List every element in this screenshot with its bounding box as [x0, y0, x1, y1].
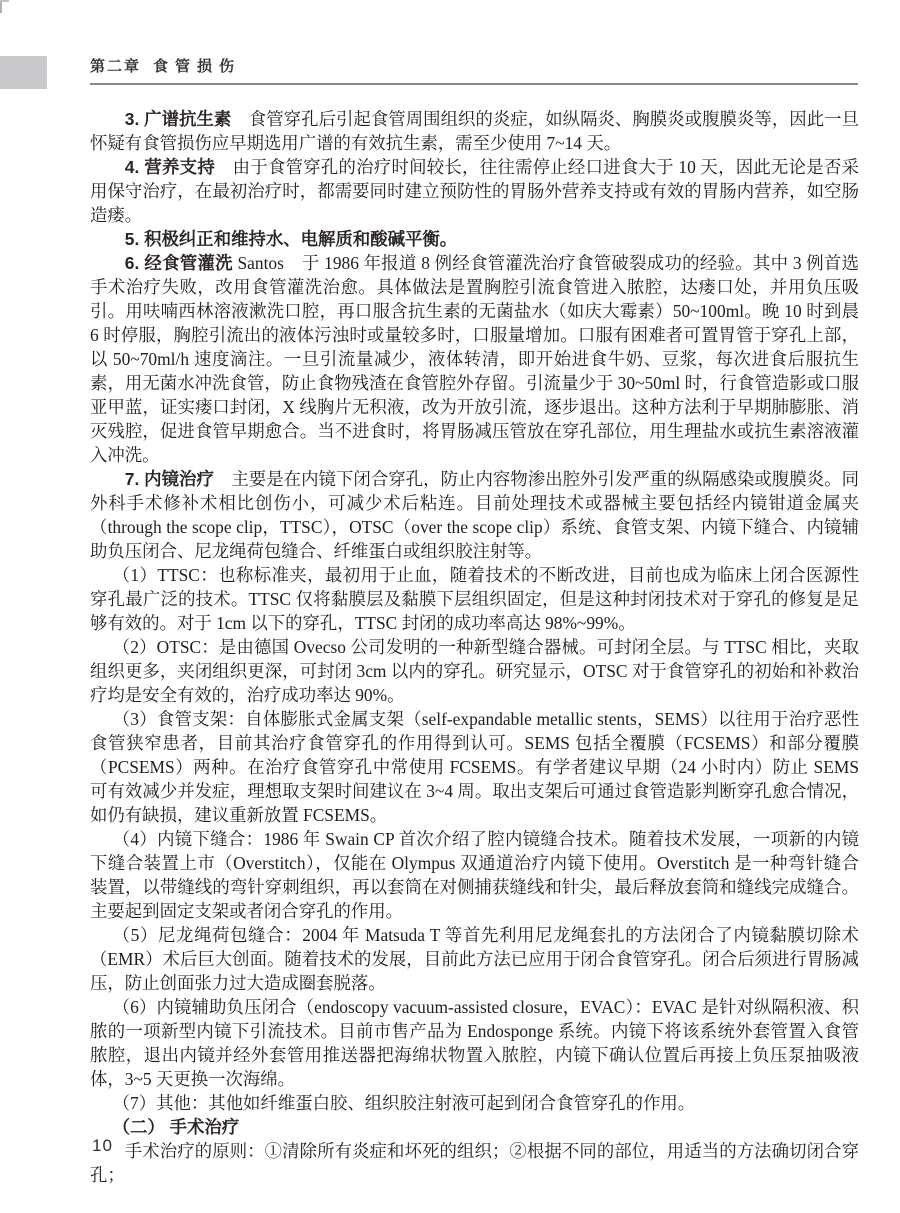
corner-crop-mark [0, 0, 9, 2]
paragraph-item-3: 3. 广谱抗生素 食管穿孔后引起食管周围组织的炎症，如纵隔炎、胸膜炎或腹膜炎等，… [90, 107, 859, 155]
paragraph-text: （6）内镜辅助负压闭合（endoscopy vacuum-assisted cl… [90, 997, 859, 1089]
paragraph-sub-7: （7）其他：其他如纤维蛋白胶、组织胶注射液可起到闭合食管穿孔的作用。 [90, 1091, 859, 1115]
paragraph-heading: 7. 内镜治疗 [125, 469, 214, 489]
paragraph-text: 手术治疗的原则：①清除所有炎症和坏死的组织；②根据不同的部位，用适当的方法确切闭… [90, 1141, 859, 1185]
paragraph-heading: 4. 营养支持 [125, 157, 215, 177]
section-heading-surgical-treatment: （二） 手术治疗 [90, 1115, 859, 1139]
paragraph-item-4: 4. 营养支持 由于食管穿孔的治疗时间较长，往往需停止经口进食大于 10 天，因… [90, 155, 859, 227]
chapter-title: 食管损伤 [153, 58, 241, 75]
paragraph-sub-1: （1）TTSC：也称标准夹，最初用于止血，随着技术的不断改进，目前也成为临床上闭… [90, 563, 859, 635]
running-header: 第二章食管损伤 [90, 55, 858, 85]
paragraph-surgical-principles: 手术治疗的原则：①清除所有炎症和坏死的组织；②根据不同的部位，用适当的方法确切闭… [90, 1139, 859, 1187]
page-number: 10 [92, 1136, 113, 1156]
margin-gray-block [0, 56, 47, 89]
page-body: 3. 广谱抗生素 食管穿孔后引起食管周围组织的炎症，如纵隔炎、胸膜炎或腹膜炎等，… [90, 107, 859, 1187]
paragraph-text: （2）OTSC：是由德国 Ovecso 公司发明的一种新型缝合器械。可封闭全层。… [90, 637, 859, 705]
paragraph-sub-4: （4）内镜下缝合：1986 年 Swain CP 首次介绍了腔内镜缝合技术。随着… [90, 827, 859, 923]
paragraph-sub-6: （6）内镜辅助负压闭合（endoscopy vacuum-assisted cl… [90, 995, 859, 1091]
paragraph-item-5: 5. 积极纠正和维持水、电解质和酸碱平衡。 [90, 227, 859, 251]
paragraph-sub-5: （5）尼龙绳荷包缝合：2004 年 Matsuda T 等首先利用尼龙绳套扎的方… [90, 923, 859, 995]
paragraph-text: （1）TTSC：也称标准夹，最初用于止血，随着技术的不断改进，目前也成为临床上闭… [90, 565, 859, 633]
paragraph-heading: 3. 广谱抗生素 [125, 109, 232, 129]
paragraph-heading: 5. 积极纠正和维持水、电解质和酸碱平衡。 [125, 229, 457, 249]
paragraph-text: （4）内镜下缝合：1986 年 Swain CP 首次介绍了腔内镜缝合技术。随着… [90, 829, 859, 921]
paragraph-text: （5）尼龙绳荷包缝合：2004 年 Matsuda T 等首先利用尼龙绳套扎的方… [90, 925, 859, 993]
section-heading-text: （二） 手术治疗 [113, 1117, 240, 1137]
paragraph-text: Santos 于 1986 年报道 8 例经食管灌洗治疗食管破裂成功的经验。其中… [90, 253, 859, 465]
chapter-number: 第二章 [90, 58, 141, 75]
paragraph-sub-2: （2）OTSC：是由德国 Ovecso 公司发明的一种新型缝合器械。可封闭全层。… [90, 635, 859, 707]
paragraph-item-6: 6. 经食管灌洗 Santos 于 1986 年报道 8 例经食管灌洗治疗食管破… [90, 251, 859, 467]
book-page: 第二章食管损伤 3. 广谱抗生素 食管穿孔后引起食管周围组织的炎症，如纵隔炎、胸… [0, 0, 900, 1213]
paragraph-sub-3: （3）食管支架：自体膨胀式金属支架（self-expandable metall… [90, 707, 859, 827]
paragraph-text: （3）食管支架：自体膨胀式金属支架（self-expandable metall… [90, 709, 859, 825]
paragraph-item-7: 7. 内镜治疗 主要是在内镜下闭合穿孔，防止内容物渗出腔外引发严重的纵隔感染或腹… [90, 467, 859, 563]
paragraph-heading: 6. 经食管灌洗 [125, 253, 233, 273]
paragraph-text: （7）其他：其他如纤维蛋白胶、组织胶注射液可起到闭合食管穿孔的作用。 [113, 1093, 696, 1113]
